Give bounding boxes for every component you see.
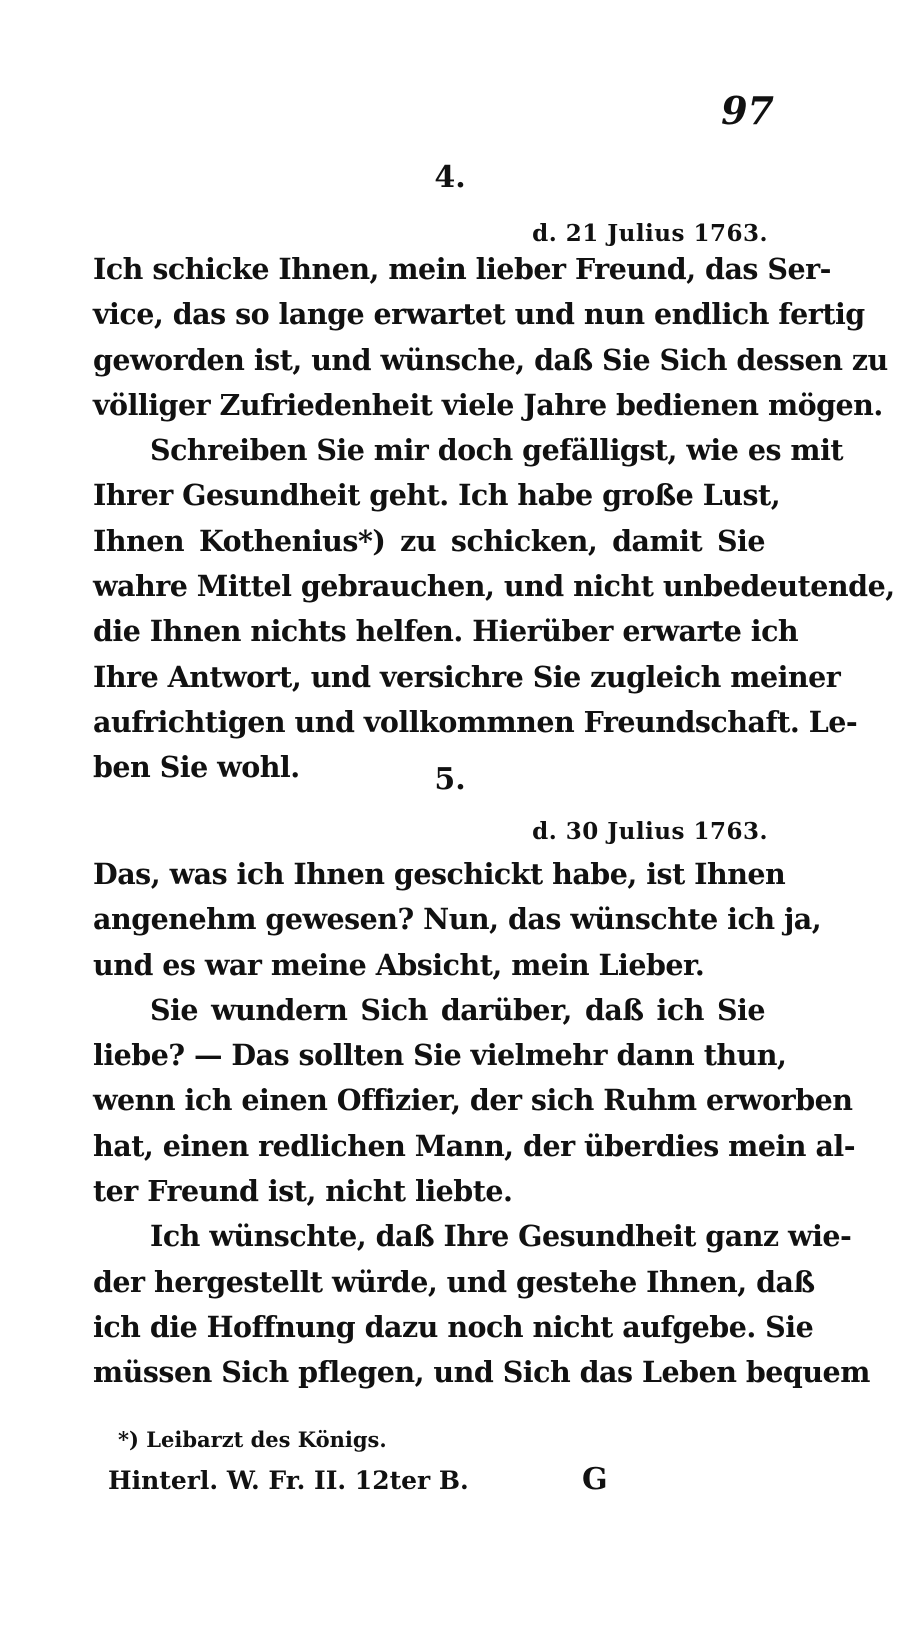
text-line: geworden ist, und wünsche, daß Sie Sich … [93,338,765,383]
text-line: wahre Mittel gebrauchen, und nicht unbed… [93,564,765,609]
text-line: und es war meine Absicht, mein Lieber. [93,943,765,988]
letter-4-date: d. 21 Julius 1763. [532,220,768,247]
text-line: hat, einen redlichen Mann, der überdies … [93,1124,765,1169]
letter-4-number: 4. [0,160,900,195]
text-line: wenn ich einen Offizier, der sich Ruhm e… [93,1078,765,1123]
text-line: Ihnen Kothenius*) zu schicken, damit Sie [93,519,765,564]
text-line: der hergestellt würde, und gestehe Ihnen… [93,1260,765,1305]
text-line: Ich schicke Ihnen, mein lieber Freund, d… [93,247,765,292]
page-number: 97 [721,88,774,133]
text-line: Sie wundern Sich darüber, daß ich Sie [93,988,765,1033]
letter-5-number: 5. [0,762,900,797]
text-line: Ich wünschte, daß Ihre Gesundheit ganz w… [93,1214,765,1259]
text-line: Schreiben Sie mir doch gefälligst, wie e… [93,428,765,473]
text-line: ich die Hoffnung dazu noch nicht aufgebe… [93,1305,765,1350]
text-line: ter Freund ist, nicht liebte. [93,1169,765,1214]
text-line: aufrichtigen und vollkommnen Freundschaf… [93,700,765,745]
text-line: Ihrer Gesundheit geht. Ich habe große Lu… [93,473,765,518]
text-line: vice, das so lange erwartet und nun endl… [93,292,765,337]
letter-5-date: d. 30 Julius 1763. [532,818,768,845]
text-line: müssen Sich pflegen, und Sich das Leben … [93,1350,765,1395]
signature-mark: G [582,1462,608,1497]
letter-5-body: Das, was ich Ihnen geschickt habe, ist I… [93,852,765,1396]
text-line: Das, was ich Ihnen geschickt habe, ist I… [93,852,765,897]
printer-signature-line: Hinterl. W. Fr. II. 12ter B. [108,1466,469,1495]
text-line: völliger Zufriedenheit viele Jahre bedie… [93,383,765,428]
text-line: liebe? — Das sollten Sie vielmehr dann t… [93,1033,765,1078]
letter-4-body: Ich schicke Ihnen, mein lieber Freund, d… [93,247,765,791]
footnote: *) Leibarzt des Königs. [118,1427,387,1452]
text-line: angenehm gewesen? Nun, das wünschte ich … [93,897,765,942]
text-line: die Ihnen nichts helfen. Hierüber erwart… [93,609,765,654]
text-line: Ihre Antwort, und versichre Sie zugleich… [93,655,765,700]
